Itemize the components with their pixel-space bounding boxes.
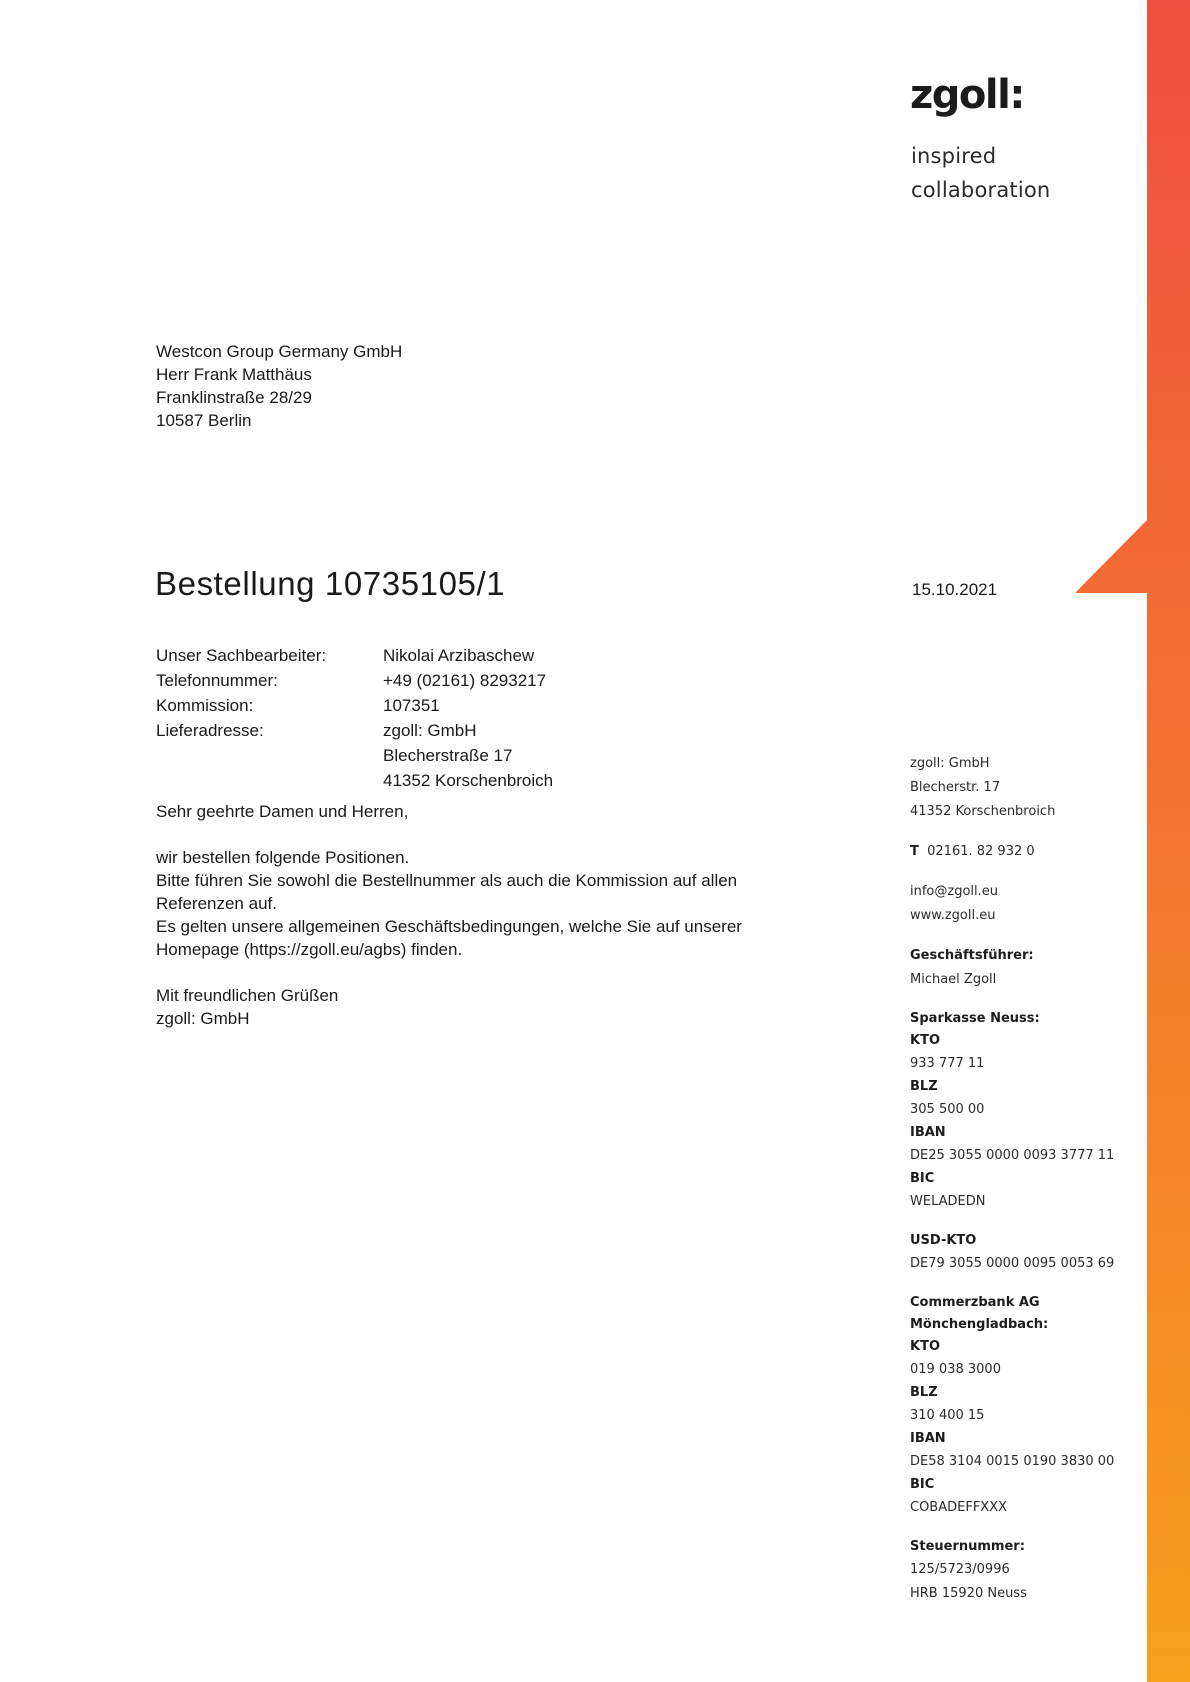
meta-value: +49 (02161) 8293217 bbox=[383, 668, 546, 693]
meta-value: Blecherstraße 17 bbox=[383, 743, 553, 768]
recipient-address: Westcon Group Germany GmbH Herr Frank Ma… bbox=[156, 340, 402, 432]
tax-label: Steuernummer: bbox=[910, 1536, 1114, 1558]
sidebar-city: 41352 Korschenbroich bbox=[910, 800, 1114, 824]
meta-value: Nikolai Arzibaschew bbox=[383, 643, 534, 668]
bank1-kto-label: KTO bbox=[910, 1030, 1114, 1052]
meta-value: 41352 Korschenbroich bbox=[383, 768, 553, 793]
recipient-street: Franklinstraße 28/29 bbox=[156, 386, 402, 409]
closing: Mit freundlichen Grüßen bbox=[156, 984, 742, 1007]
bank2-name-line-2: Mönchengladbach: bbox=[910, 1314, 1114, 1336]
recipient-company: Westcon Group Germany GmbH bbox=[156, 340, 402, 363]
sidebar-street: Blecherstr. 17 bbox=[910, 776, 1114, 800]
sidebar-company: zgoll: GmbH bbox=[910, 752, 1114, 776]
company-sidebar: zgoll: GmbH Blecherstr. 17 41352 Korsche… bbox=[910, 752, 1114, 1606]
sidebar-phone: T 02161. 82 932 0 bbox=[910, 840, 1114, 864]
letter-body: Sehr geehrte Damen und Herren, wir beste… bbox=[156, 800, 742, 1030]
meta-label: Telefonnummer: bbox=[156, 668, 383, 693]
bank2-name-line-1: Commerzbank AG bbox=[910, 1292, 1114, 1314]
bank2-kto: 019 038 3000 bbox=[910, 1358, 1114, 1382]
bank1-bic: WELADEDN bbox=[910, 1190, 1114, 1214]
sidebar-website: www.zgoll.eu bbox=[910, 904, 1114, 928]
tax-number: 125/5723/0996 bbox=[910, 1558, 1114, 1582]
bank1-iban: DE25 3055 0000 0093 3777 11 bbox=[910, 1144, 1114, 1168]
bank1-blz: 305 500 00 bbox=[910, 1098, 1114, 1122]
meta-row-commission: Kommission: 107351 bbox=[156, 693, 553, 718]
document-title: Bestellung 10735105/1 bbox=[155, 565, 505, 603]
logo-tagline-line-1: inspired bbox=[911, 144, 996, 168]
meta-value: zgoll: GmbH bbox=[383, 718, 553, 743]
bank2-iban: DE58 3104 0015 0190 3830 00 bbox=[910, 1450, 1114, 1474]
bank2-blz: 310 400 15 bbox=[910, 1404, 1114, 1428]
bank2-blz-label: BLZ bbox=[910, 1382, 1114, 1404]
bank2-kto-label: KTO bbox=[910, 1336, 1114, 1358]
phone-number: 02161. 82 932 0 bbox=[927, 844, 1035, 859]
document-date: 15.10.2021 bbox=[912, 580, 997, 600]
bank2-bic-label: BIC bbox=[910, 1474, 1114, 1496]
recipient-city: 10587 Berlin bbox=[156, 409, 402, 432]
body-line: wir bestellen folgende Positionen. bbox=[156, 846, 742, 869]
body-line: Es gelten unsere allgemeinen Geschäftsbe… bbox=[156, 915, 742, 938]
signature: zgoll: GmbH bbox=[156, 1007, 742, 1030]
meta-label: Lieferadresse: bbox=[156, 718, 383, 793]
bank1-kto: 933 777 11 bbox=[910, 1052, 1114, 1076]
order-meta: Unser Sachbearbeiter: Nikolai Arzibasche… bbox=[156, 643, 553, 793]
meta-label: Unser Sachbearbeiter: bbox=[156, 643, 383, 668]
salutation: Sehr geehrte Damen und Herren, bbox=[156, 800, 742, 823]
meta-row-contact: Unser Sachbearbeiter: Nikolai Arzibasche… bbox=[156, 643, 553, 668]
usd-label: USD-KTO bbox=[910, 1230, 1114, 1252]
recipient-contact: Herr Frank Matthäus bbox=[156, 363, 402, 386]
body-line: Bitte führen Sie sowohl die Bestellnumme… bbox=[156, 869, 742, 892]
meta-row-phone: Telefonnummer: +49 (02161) 8293217 bbox=[156, 668, 553, 693]
sidebar-email: info@zgoll.eu bbox=[910, 880, 1114, 904]
body-line: Referenzen auf. bbox=[156, 892, 742, 915]
bank2-iban-label: IBAN bbox=[910, 1428, 1114, 1450]
ceo-name: Michael Zgoll bbox=[910, 968, 1114, 992]
logo-tagline-line-2: collaboration bbox=[911, 178, 1050, 202]
bank1-name: Sparkasse Neuss: bbox=[910, 1008, 1114, 1030]
company-logo: zgoll: bbox=[910, 72, 1024, 118]
usd-iban: DE79 3055 0000 0095 0053 69 bbox=[910, 1252, 1114, 1276]
ceo-label: Geschäftsführer: bbox=[910, 944, 1114, 968]
bank1-iban-label: IBAN bbox=[910, 1122, 1114, 1144]
meta-value: 107351 bbox=[383, 693, 440, 718]
body-line: Homepage (https://zgoll.eu/agbs) finden. bbox=[156, 938, 742, 961]
bank1-blz-label: BLZ bbox=[910, 1076, 1114, 1098]
phone-label: T bbox=[910, 844, 919, 859]
bank1-bic-label: BIC bbox=[910, 1168, 1114, 1190]
meta-row-delivery-address: Lieferadresse: zgoll: GmbH Blecherstraße… bbox=[156, 718, 553, 793]
meta-label: Kommission: bbox=[156, 693, 383, 718]
bank2-bic: COBADEFFXXX bbox=[910, 1496, 1114, 1520]
commercial-register: HRB 15920 Neuss bbox=[910, 1582, 1114, 1606]
